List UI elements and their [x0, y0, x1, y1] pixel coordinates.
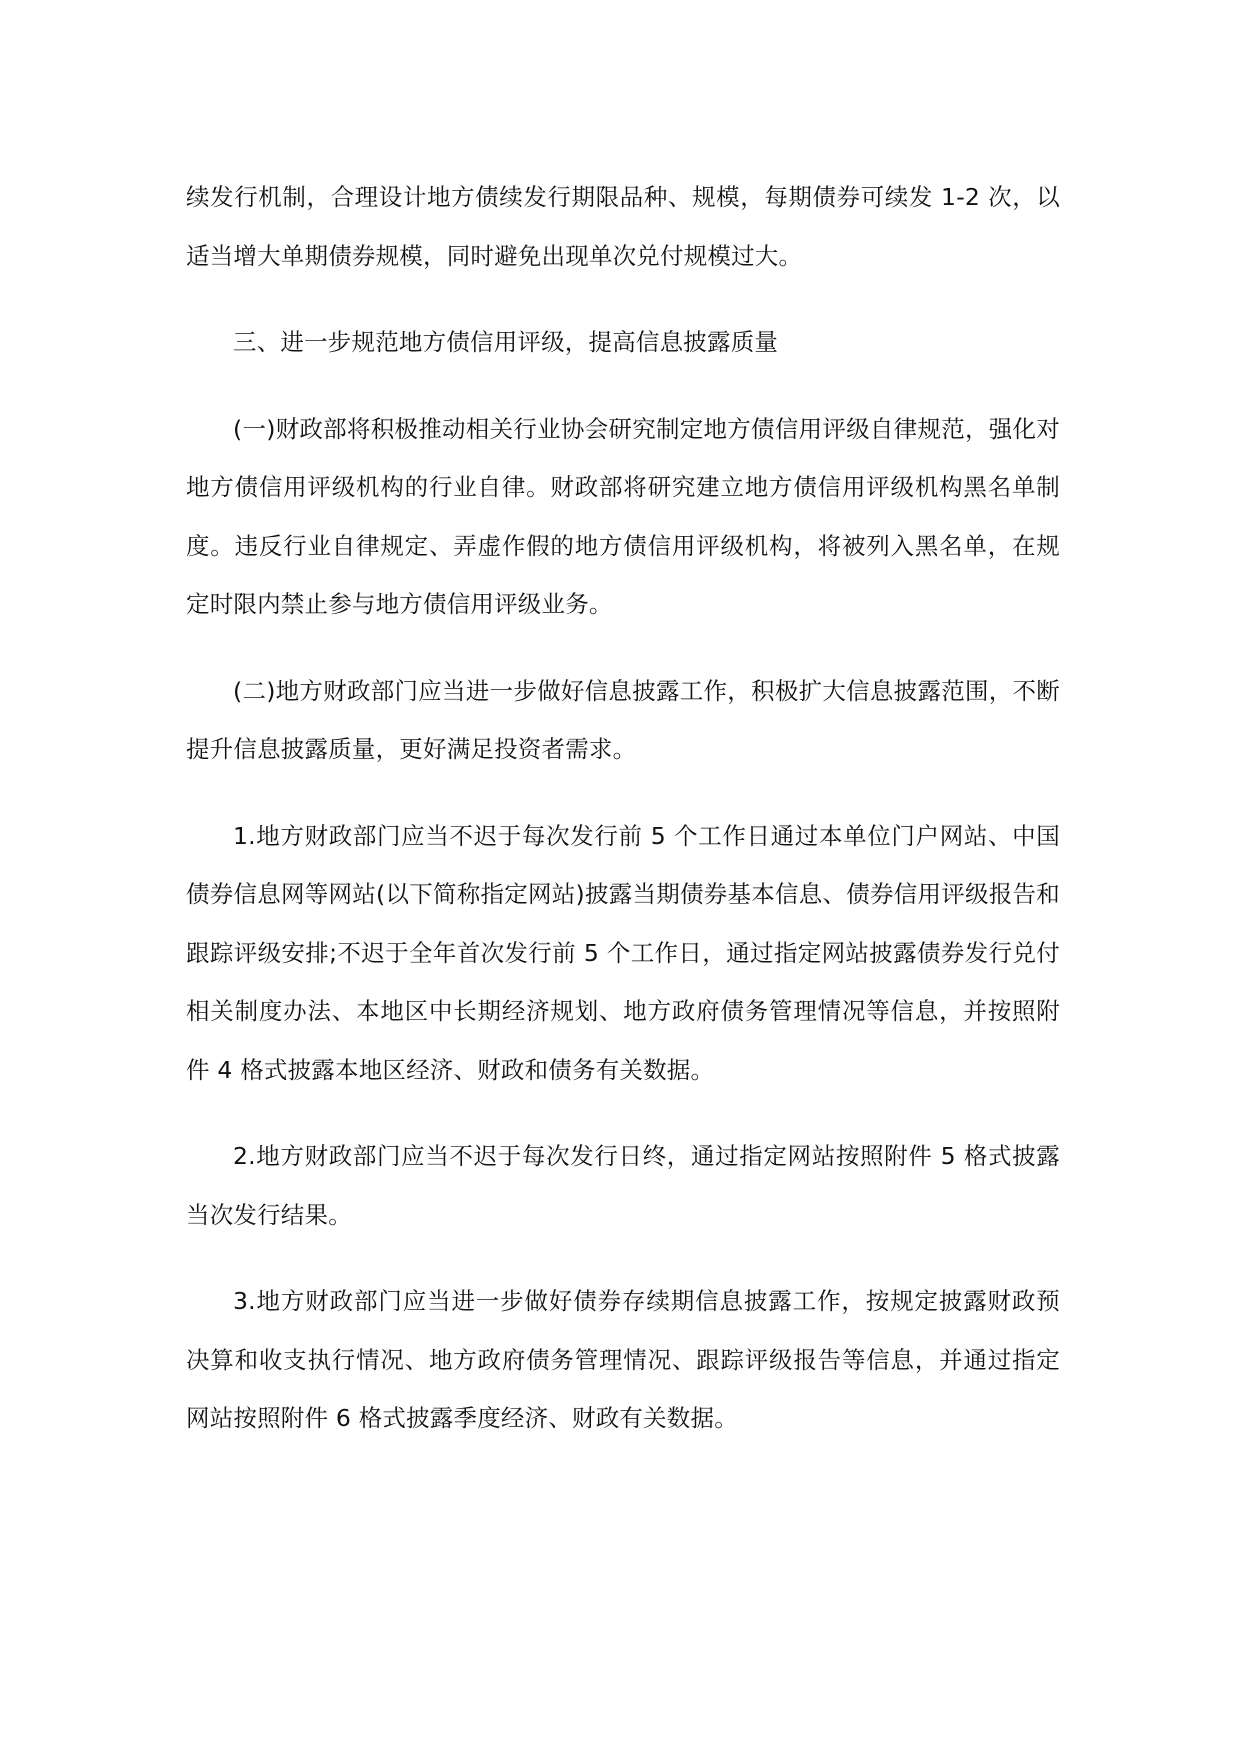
paragraph-continuation: 续发行机制，合理设计地方债续发行期限品种、规模，每期债券可续发 1-2 次，以适…: [186, 168, 1060, 285]
paragraph-subitem-1: 1.地方财政部门应当不迟于每次发行前 5 个工作日通过本单位门户网站、中国债券信…: [186, 807, 1060, 1100]
paragraph-item-one: (一)财政部将积极推动相关行业协会研究制定地方债信用评级自律规范，强化对地方债信…: [186, 400, 1060, 634]
section-heading-three: 三、进一步规范地方债信用评级，提高信息披露质量: [186, 313, 1060, 372]
document-page: 续发行机制，合理设计地方债续发行期限品种、规模，每期债券可续发 1-2 次，以适…: [186, 168, 1060, 1476]
paragraph-subitem-2: 2.地方财政部门应当不迟于每次发行日终，通过指定网站按照附件 5 格式披露当次发…: [186, 1127, 1060, 1244]
paragraph-subitem-3: 3.地方财政部门应当进一步做好债券存续期信息披露工作，按规定披露财政预决算和收支…: [186, 1272, 1060, 1448]
paragraph-item-two: (二)地方财政部门应当进一步做好信息披露工作，积极扩大信息披露范围，不断提升信息…: [186, 662, 1060, 779]
